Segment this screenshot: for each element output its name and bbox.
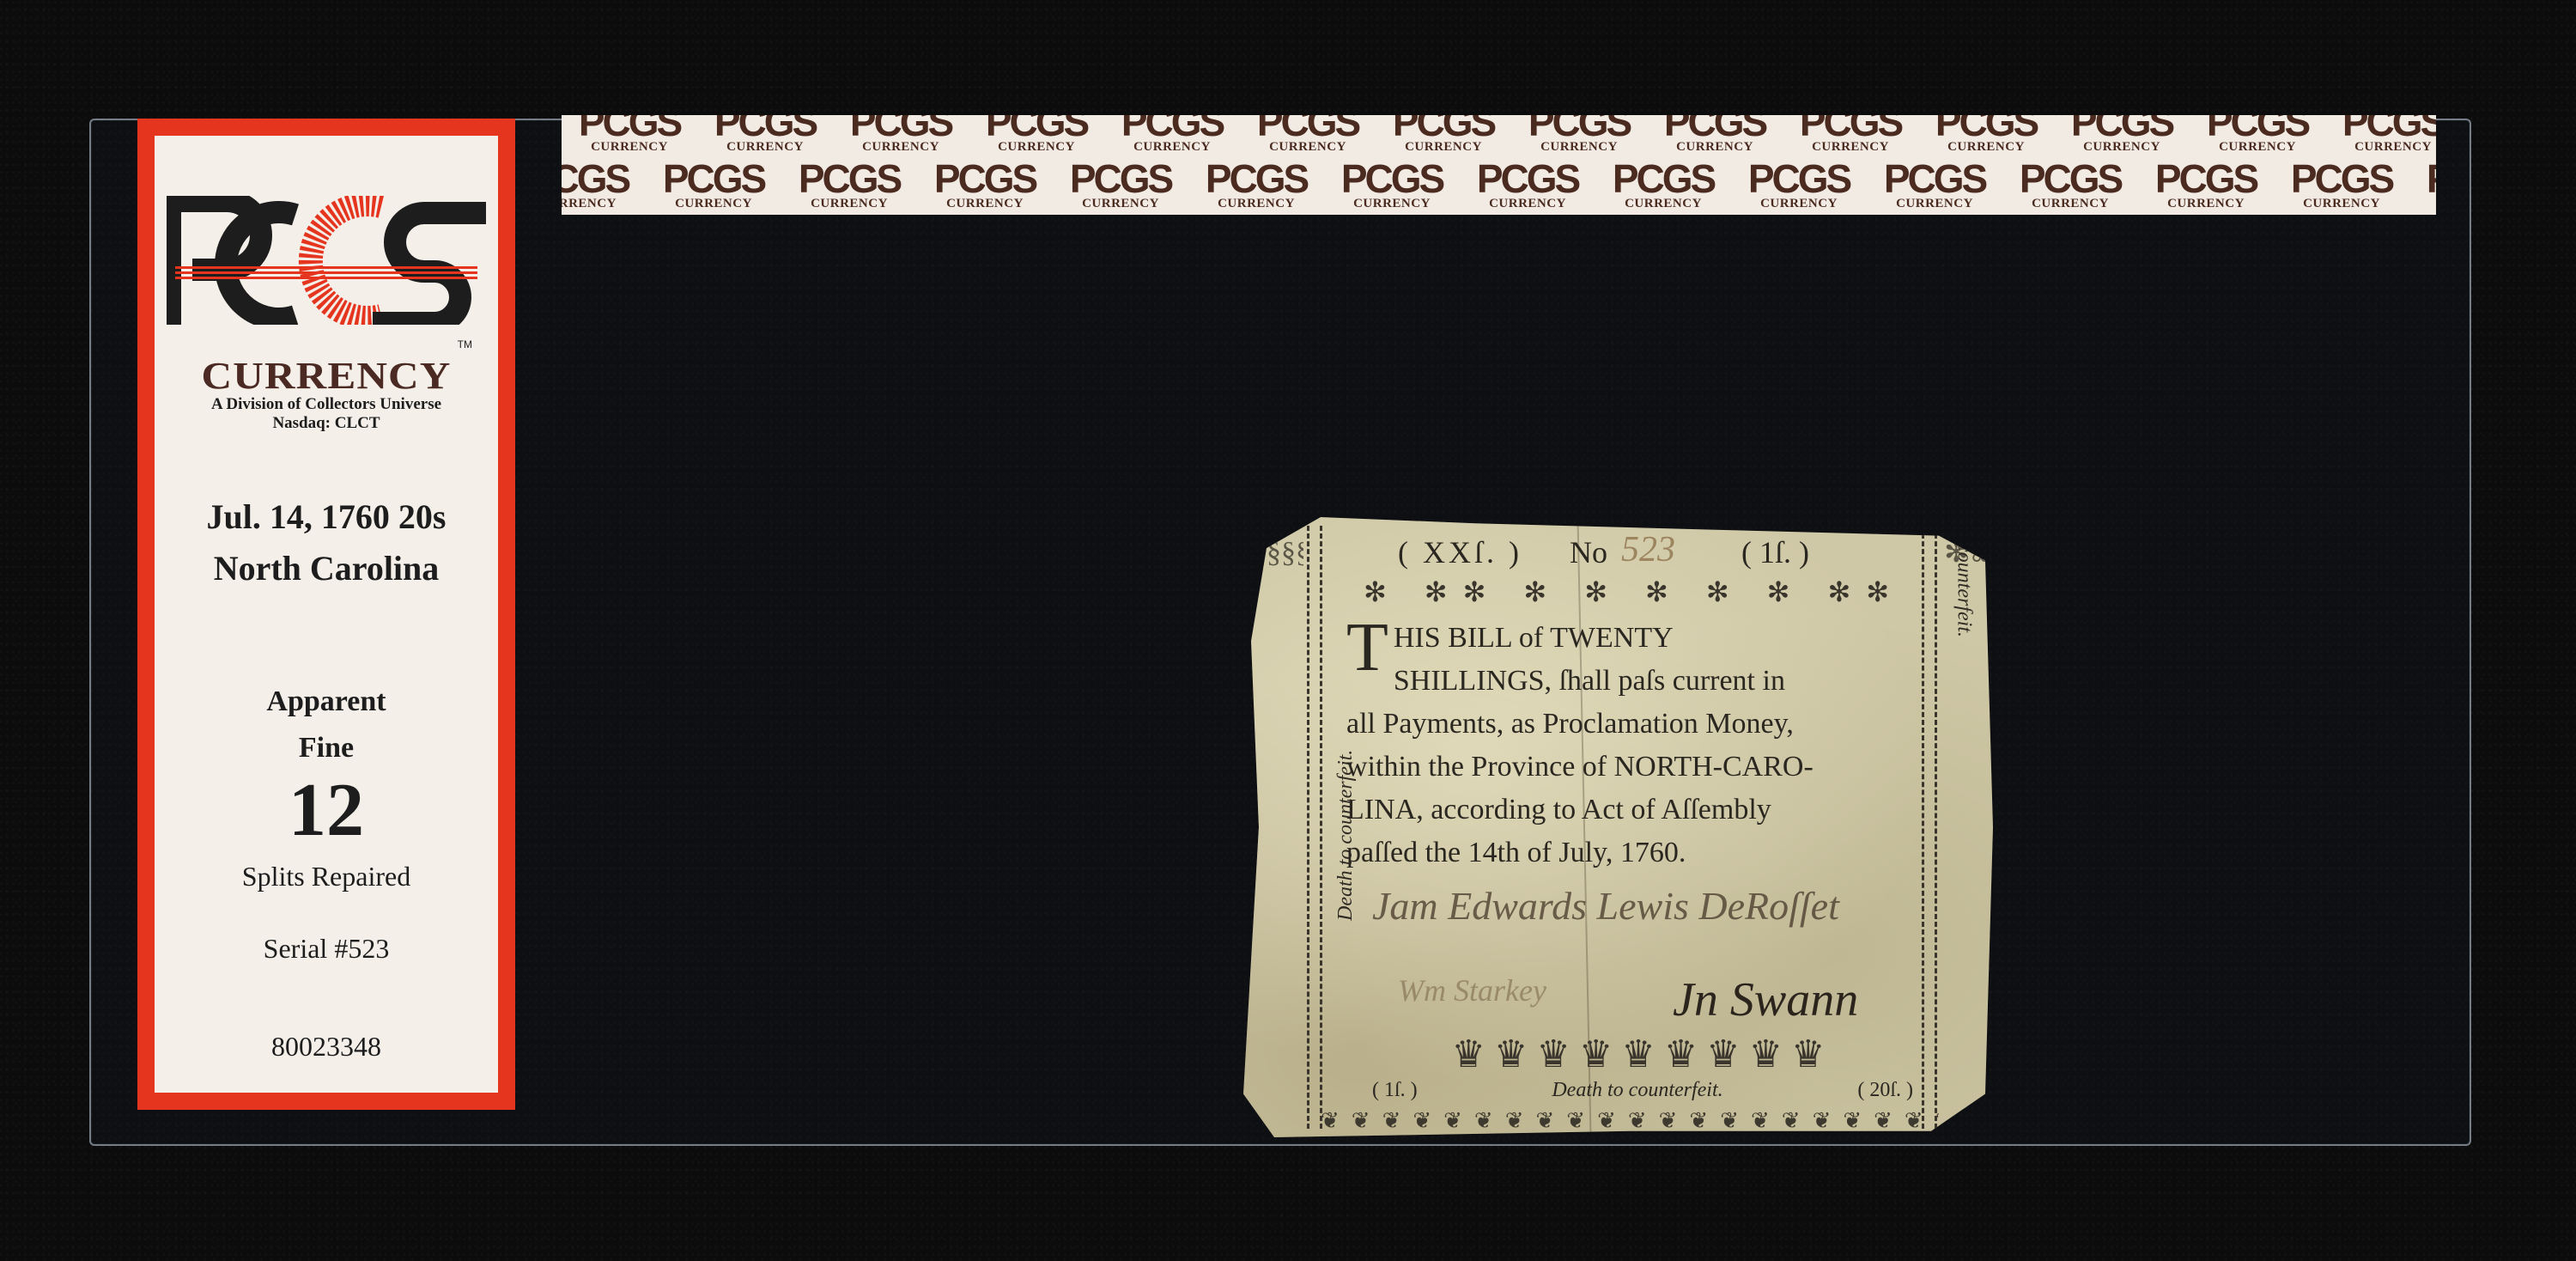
grade-number: 12: [155, 773, 498, 849]
strip-logo: PCGS: [1240, 115, 1376, 141]
signature: Jam Edwards Lewis DeRoſſet: [1372, 883, 1839, 929]
strip-logo: PCGS: [2054, 115, 2190, 141]
left-ornament-border: §§§§§§§§§§§§§§§: [1252, 534, 1303, 1120]
left-rule: [1307, 526, 1322, 1129]
strip-tile: PCGSCURRENCY: [1324, 160, 1460, 210]
issue-date: Jul. 14, 1760 20s: [155, 496, 498, 537]
crown-row-icon: ♛♛♛♛♛♛♛♛♛: [1372, 1033, 1913, 1076]
strip-tile: PCGSCURRENCY: [1647, 115, 1783, 154]
strip-tile: PCGSCURRENCY: [562, 115, 697, 154]
strip-tile: PCGSCURRENCY: [917, 160, 1053, 210]
strip-tile: PCGSCURRENCY: [2325, 115, 2436, 154]
strip-logo: PCGS: [1324, 160, 1460, 198]
strip-tile: PCGSCURRENCY: [2054, 115, 2190, 154]
strip-logo: PCGS: [917, 160, 1053, 198]
denomination-bottom-left: ( 1ſ. ): [1372, 1079, 1418, 1102]
strip-logo: PCGS: [781, 160, 917, 198]
denomination-top-left: ( XXſ. ): [1398, 534, 1522, 570]
strip-logo: PCGS: [833, 115, 969, 141]
strip-logo: PCGS: [2409, 160, 2436, 198]
strip-logo: PCGS: [2138, 160, 2274, 198]
strip-logo: PCGS: [1647, 115, 1783, 141]
serial-number: Serial #523: [155, 933, 498, 965]
strip-tile: PCGSCURRENCY: [1783, 115, 1918, 154]
strip-tile: PCGSCURRENCY: [2409, 160, 2436, 210]
brand-currency: CURRENCY: [134, 354, 519, 398]
text-line: SHILLINGS, ſhall paſs current in: [1346, 660, 1922, 703]
right-rule: [1922, 526, 1937, 1129]
label-paper: TM CURRENCY A Division of Collectors Uni…: [155, 136, 498, 1093]
strip-tile: PCGSCURRENCY: [697, 115, 833, 154]
strip-logo: PCGS: [1376, 115, 1511, 141]
denomination-bottom-right: ( 20ſ. ): [1857, 1079, 1913, 1102]
strip-logo: PCGS: [2002, 160, 2138, 198]
strip-logo: PCGS: [1595, 160, 1731, 198]
banknote: §§§§§§§§§§§§§§§ ✻❀✻❀✻❀✻❀✻❀✻❀✻❀✻ Death to…: [1243, 517, 2016, 1137]
strip-tile: PCGSCURRENCY: [1053, 160, 1188, 210]
denomination-top-right: ( 1ſ. ): [1741, 534, 1809, 570]
strip-logo: PCGS: [562, 160, 646, 198]
signature: Wm Starkey: [1398, 972, 1546, 1008]
text-line: within the Province of NORTH-CARO-: [1346, 746, 1922, 789]
text-line: paſſed the 14th of July, 1760.: [1346, 832, 1922, 874]
strip-logo: PCGS: [1867, 160, 2002, 198]
strip-row: PCGSCURRENCYPCGSCURRENCYPCGSCURRENCYPCGS…: [562, 115, 2436, 154]
bottom-motto: Death to counterfeit.: [1552, 1079, 1722, 1102]
strip-logo: PCGS: [697, 115, 833, 141]
strip-logo: PCGS: [1783, 115, 1918, 141]
strip-sub: CURRENCY: [562, 198, 646, 210]
grade-description: Fine: [155, 732, 498, 765]
strip-tile: PCGSCURRENCY: [969, 115, 1104, 154]
strip-logo: PCGS: [1104, 115, 1240, 141]
strip-logo: PCGS: [2274, 160, 2409, 198]
handwritten-serial: 523: [1621, 529, 1675, 570]
strip-logo: PCGS: [2325, 115, 2436, 141]
grading-label: TM CURRENCY A Division of Collectors Uni…: [137, 119, 515, 1110]
strip-tile: PCGSCURRENCY: [1918, 115, 2054, 154]
strip-tile: PCGSCURRENCY: [1376, 115, 1511, 154]
strip-logo: PCGS: [1511, 115, 1647, 141]
signature: Jn Swann: [1673, 972, 1858, 1027]
strip-tile: PCGSCURRENCY: [1240, 115, 1376, 154]
text-line: all Payments, as Proclamation Money,: [1346, 703, 1922, 746]
text-line: LINA, according to Act of Aſſembly: [1346, 789, 1922, 832]
number-label: No: [1570, 534, 1607, 570]
fleuron-border: ❦❦❦❦❦❦❦❦❦❦❦❦❦❦❦❦❦❦❦❦❦❦❦❦: [1321, 1108, 1939, 1134]
strip-tile: PCGSCURRENCY: [2274, 160, 2409, 210]
dropcap: T: [1346, 617, 1388, 679]
strip-logo: PCGS: [646, 160, 781, 198]
strip-logo: PCGS: [562, 115, 697, 141]
strip-tile: PCGSCURRENCY: [781, 160, 917, 210]
strip-tile: PCGSCURRENCY: [646, 160, 781, 210]
nasdaq-text: Nasdaq: CLCT: [155, 414, 498, 433]
strip-logo: PCGS: [969, 115, 1104, 141]
strip-tile: PCGSCURRENCY: [1731, 160, 1867, 210]
strip-tile: PCGSCURRENCY: [2138, 160, 2274, 210]
star-row: ✻ ✻✻ ✻ ✻ ✻ ✻ ✻ ✻✻: [1346, 576, 1922, 608]
strip-tile: PCGSCURRENCY: [1595, 160, 1731, 210]
grade-prefix: Apparent: [155, 685, 498, 718]
bottom-row: ( 1ſ. ) Death to counterfeit. ( 20ſ. ): [1372, 1079, 1913, 1102]
trademark: TM: [458, 338, 472, 350]
strip-row: PCGSCURRENCYPCGSCURRENCYPCGSCURRENCYPCGS…: [562, 160, 2436, 210]
strip-tile: PCGSCURRENCY: [1188, 160, 1324, 210]
strip-tile: PCGSCURRENCY: [2190, 115, 2325, 154]
strip-logo: PCGS: [1731, 160, 1867, 198]
strip-tile: PCGSCURRENCY: [1460, 160, 1595, 210]
strip-tile: PCGSCURRENCY: [562, 160, 646, 210]
strip-tile: PCGSCURRENCY: [1511, 115, 1647, 154]
note-text: T HIS BILL of TWENTY SHILLINGS, ſhall pa…: [1346, 617, 1922, 874]
pcgs-logo-icon: [167, 196, 486, 325]
strip-logo: PCGS: [1053, 160, 1188, 198]
strip-tile: PCGSCURRENCY: [1867, 160, 2002, 210]
cert-number: 80023348: [155, 1031, 498, 1063]
strip-logo: PCGS: [1460, 160, 1595, 198]
strip-tile: PCGSCURRENCY: [2002, 160, 2138, 210]
text-line: HIS BILL of TWENTY: [1346, 617, 1922, 660]
strip-logo: PCGS: [1918, 115, 2054, 141]
division-text: A Division of Collectors Universe: [155, 395, 498, 414]
strip-logo: PCGS: [1188, 160, 1324, 198]
strip-tile: PCGSCURRENCY: [1104, 115, 1240, 154]
strip-logo: PCGS: [2190, 115, 2325, 141]
grade-comment: Splits Repaired: [155, 861, 498, 892]
security-strip: PCGSCURRENCYPCGSCURRENCYPCGSCURRENCYPCGS…: [562, 115, 2436, 215]
issuer-state: North Carolina: [155, 548, 498, 588]
strip-tile: PCGSCURRENCY: [833, 115, 969, 154]
